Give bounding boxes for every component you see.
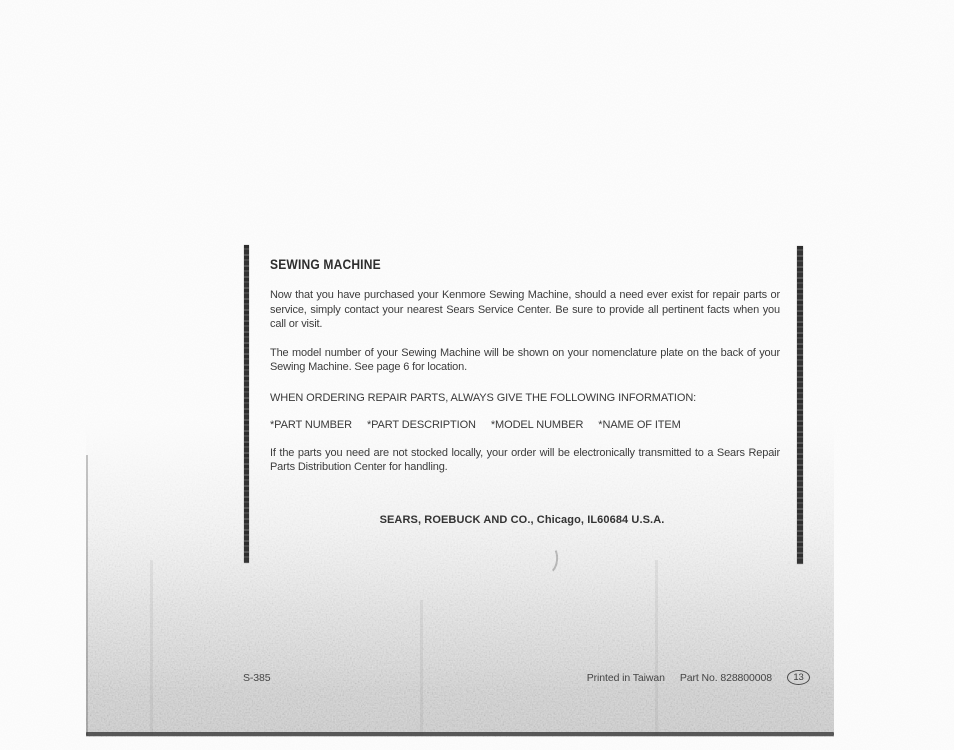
part-number-label: Part No. 828800008 bbox=[680, 672, 772, 684]
document-body: SEWING MACHINE Now that you have purchas… bbox=[270, 256, 780, 527]
paragraph-model-number: The model number of your Sewing Machine … bbox=[270, 346, 780, 375]
printed-in-label: Printed in Taiwan bbox=[587, 672, 665, 684]
ordering-items-row: *PART NUMBER *PART DESCRIPTION *MODEL NU… bbox=[270, 418, 780, 433]
scan-streak bbox=[655, 560, 658, 736]
ordering-item-name-of-item: *NAME OF ITEM bbox=[598, 418, 680, 433]
ordering-instructions-header: WHEN ORDERING REPAIR PARTS, ALWAYS GIVE … bbox=[270, 391, 780, 406]
page-bottom-edge bbox=[86, 732, 834, 736]
paragraph-purchase-info: Now that you have purchased your Kenmore… bbox=[270, 288, 780, 332]
binding-bar-right bbox=[797, 246, 803, 564]
company-address-line: SEARS, ROEBUCK AND CO., Chicago, IL60684… bbox=[270, 513, 774, 528]
document-code: S-385 bbox=[243, 672, 271, 684]
page-footer: S-385 Printed in Taiwan Part No. 8288000… bbox=[243, 670, 810, 685]
scan-left-edge-line bbox=[86, 455, 88, 736]
scan-streak bbox=[150, 560, 153, 736]
scan-streak bbox=[420, 600, 423, 736]
ordering-item-part-number: *PART NUMBER bbox=[270, 418, 352, 433]
ordering-item-model-number: *MODEL NUMBER bbox=[491, 418, 583, 433]
footer-right-group: Printed in Taiwan Part No. 828800008 13 bbox=[587, 670, 810, 685]
ordering-item-part-description: *PART DESCRIPTION bbox=[367, 418, 476, 433]
page-title: SEWING MACHINE bbox=[270, 256, 709, 272]
binding-bar-left bbox=[244, 245, 249, 563]
paragraph-distribution-center: If the parts you need are not stocked lo… bbox=[270, 446, 780, 475]
page-number-badge: 13 bbox=[787, 670, 810, 685]
scanned-manual-page: SEWING MACHINE Now that you have purchas… bbox=[0, 0, 954, 750]
